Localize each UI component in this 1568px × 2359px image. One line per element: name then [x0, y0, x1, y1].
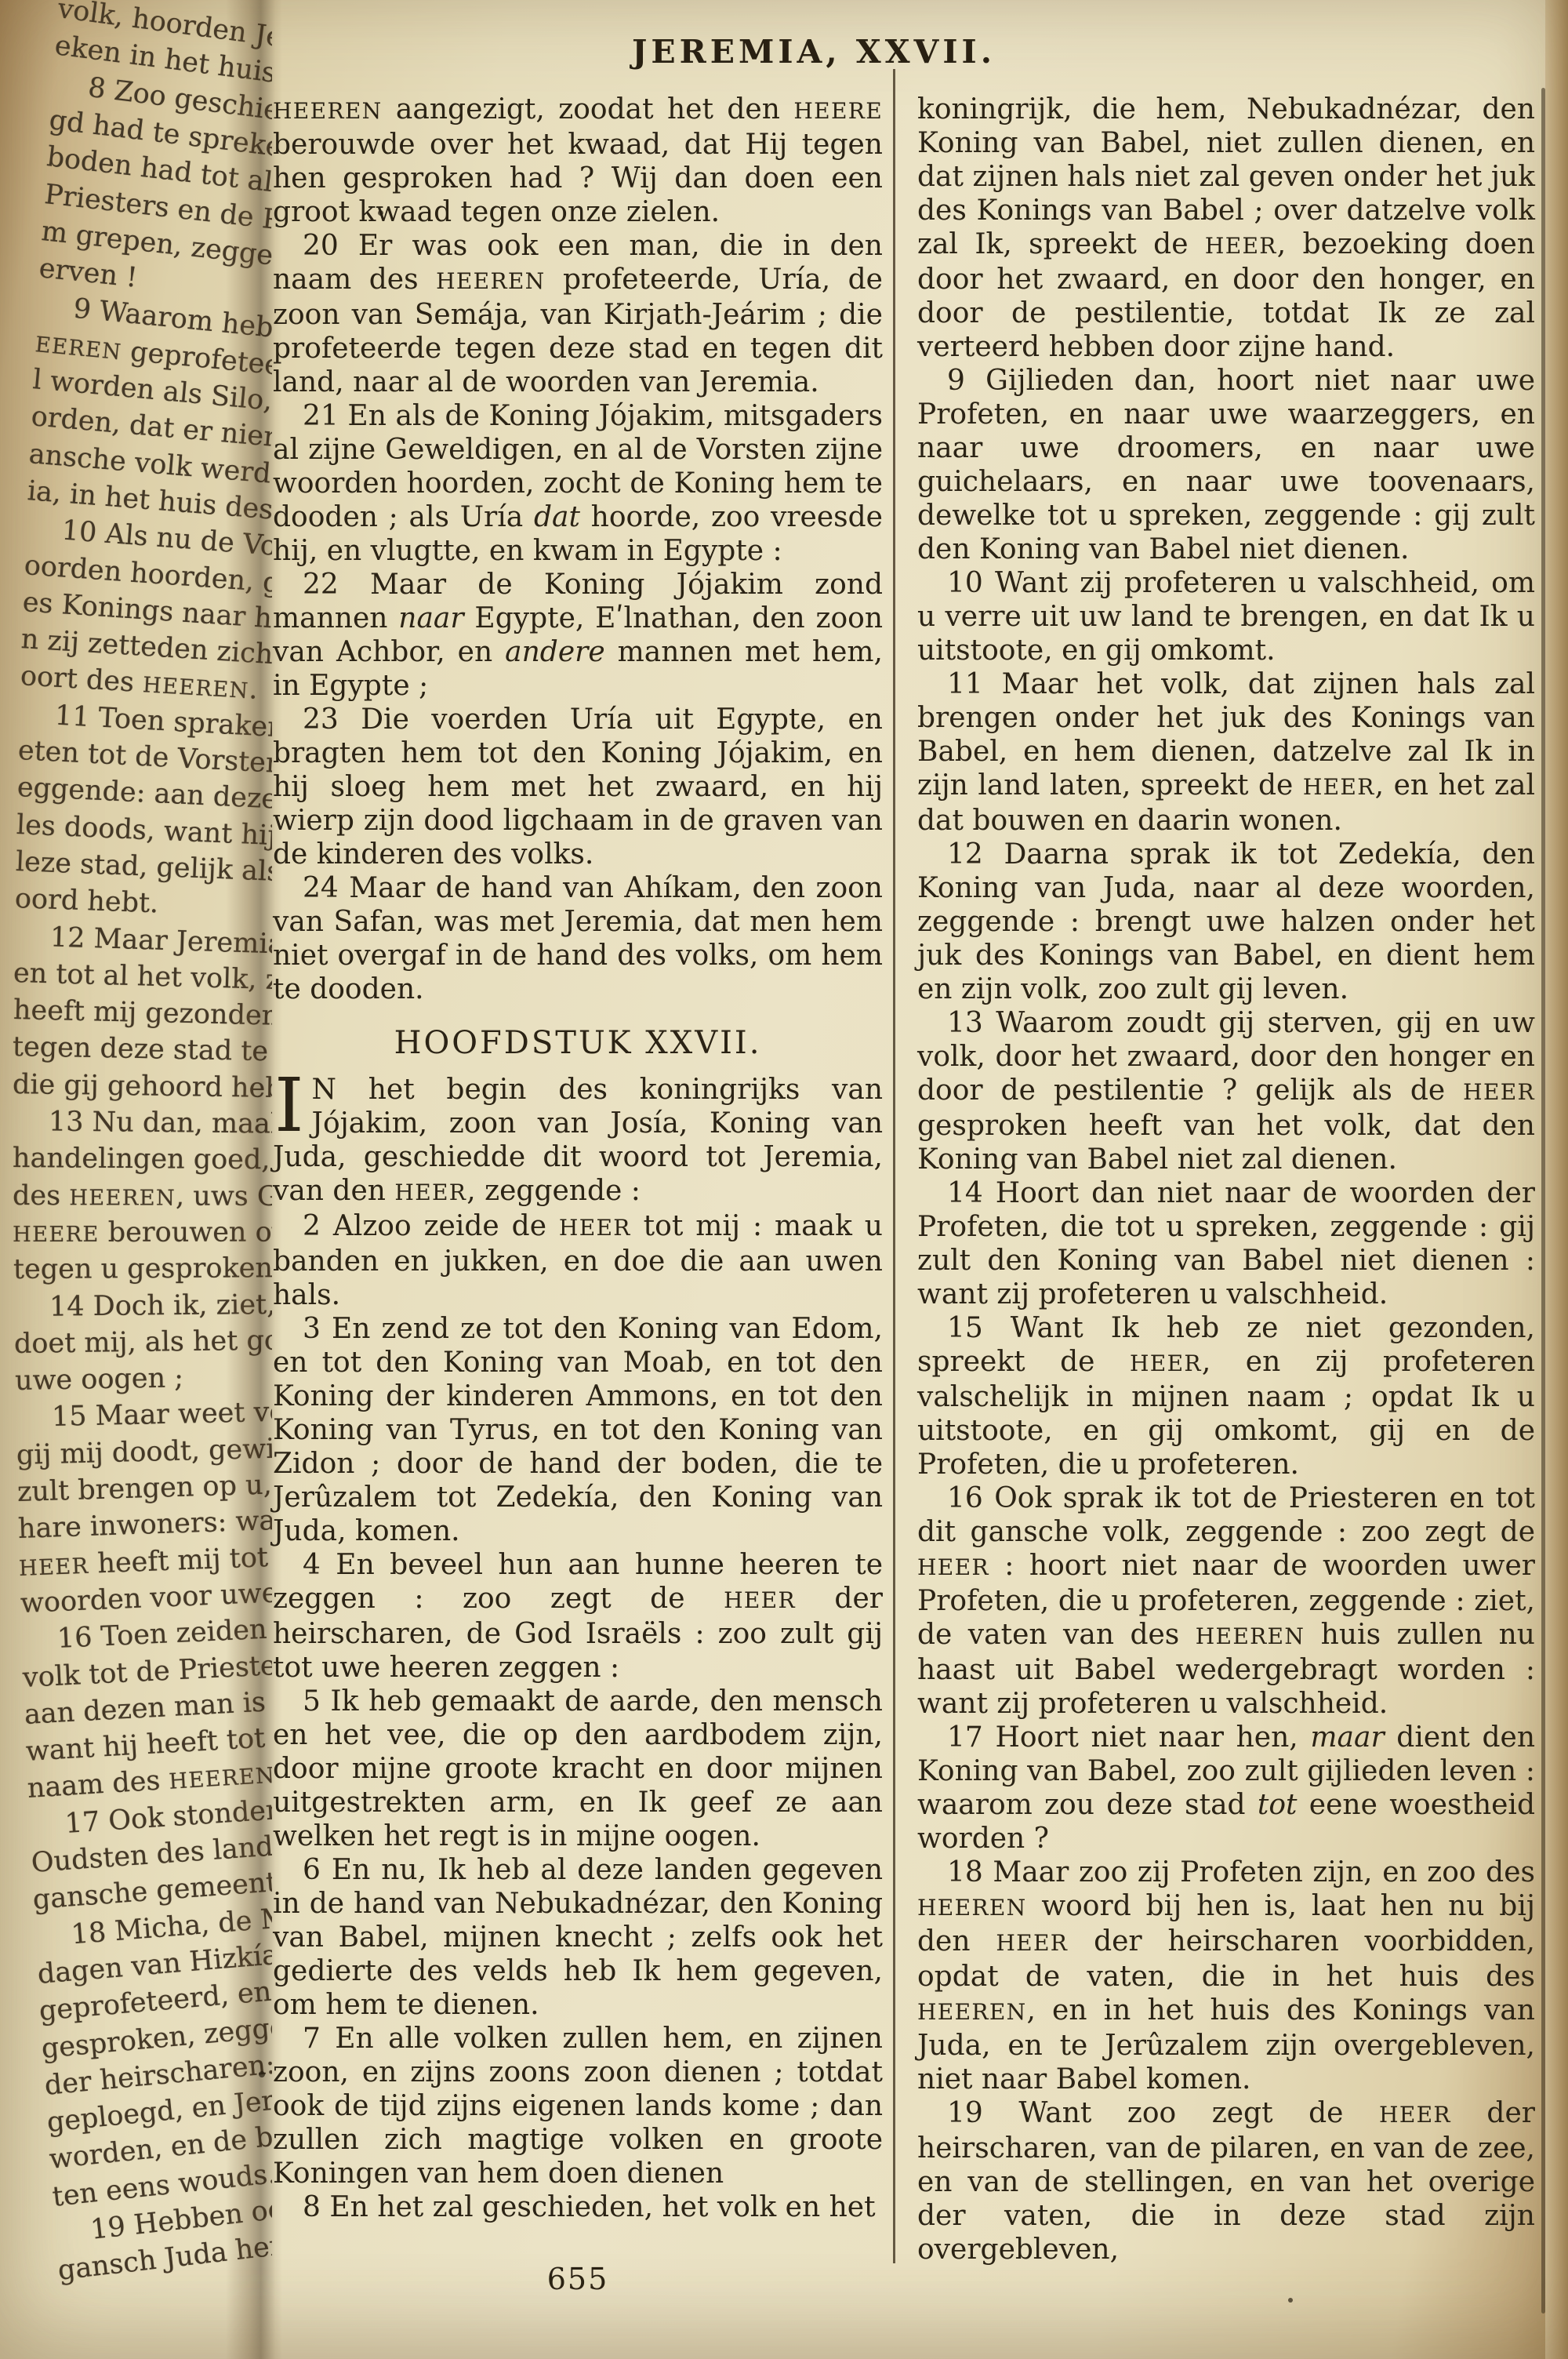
small-caps-divine-name: HEER: [1303, 774, 1375, 800]
small-caps-divine-name: HEEREN: [917, 1895, 1027, 1921]
small-caps-divine-name: HEER: [19, 1554, 90, 1580]
column-divider-rule: [893, 69, 895, 2263]
verse-paragraph: 22 Maar de Koning Jójakim zond mannen na…: [273, 568, 883, 703]
gutter-line: 13 Nu dan, maakt uwe weg: [13, 1103, 272, 1144]
small-caps-divine-name: HEEREN: [436, 268, 546, 294]
page-title: JEREMIA, XXVII.: [632, 33, 996, 71]
verse-paragraph: 12 Daarna sprak ik tot Zedekía, den Koni…: [917, 838, 1535, 1006]
small-caps-divine-name: HEER: [1205, 233, 1277, 259]
previous-page-gutter: volk, hoorden Jeremiaeken in het huis de…: [0, 0, 272, 2359]
verse-paragraph: 18 Maar zoo zij Profeten zijn, en zoo de…: [917, 1856, 1535, 2096]
page-number: 655: [273, 2262, 883, 2296]
verse-paragraph: 17 Hoort niet naar hen, maar dient den K…: [917, 1721, 1535, 1856]
small-caps-divine-name: HEERE: [13, 1223, 100, 1247]
verse-paragraph: 2 Alzoo zeide de HEER tot mij : maak u b…: [273, 1209, 883, 1312]
verse-paragraph: 10 Want zij profeteren u valschheid, om …: [917, 566, 1535, 667]
small-caps-divine-name: HEEREN: [917, 1999, 1027, 2025]
verse-paragraph: 16 Ook sprak ik tot de Priesteren en tot…: [917, 1481, 1535, 1721]
page-header: JEREMIA, XXVII.: [273, 33, 1355, 71]
chapter-opening-paragraph: IN het begin des koningrijks van Jójakim…: [273, 1073, 883, 1209]
verse-paragraph: 13 Waarom zoudt gij sterven, gij en uw v…: [917, 1006, 1535, 1176]
small-caps-divine-name: HEEREN: [1196, 1623, 1305, 1649]
verse-paragraph: 24 Maar de hand van Ahíkam, den zoon van…: [273, 871, 883, 1006]
small-caps-divine-name: HEER: [559, 1215, 631, 1241]
drop-cap: I: [273, 1073, 312, 1135]
ink-speck: [1288, 2298, 1293, 2303]
small-caps-divine-name: HEEREN: [142, 674, 249, 704]
verse-paragraph: 6 En nu, Ik heb al deze landen gegeven i…: [273, 1853, 883, 2022]
continuation-paragraph: HEEREN aangezigt, zoodat het den HEERE b…: [273, 93, 883, 229]
small-caps-divine-name: EEREN: [34, 333, 122, 365]
gutter-line: HEERE berouwen over het kwa: [13, 1214, 272, 1253]
gutter-line: handelingen goed, en gehoorzaa: [13, 1140, 272, 1179]
small-caps-divine-name: HEEREN: [169, 1764, 272, 1794]
verse-paragraph: 20 Er was ook een man, die in den naam d…: [273, 229, 883, 399]
gutter-line: die gij gehoord hebt ;: [13, 1067, 272, 1109]
verse-paragraph: 7 En alle volken zullen hem, en zijnen z…: [273, 2022, 883, 2190]
chapter-heading: HOOFDSTUK XXVII.: [273, 1027, 883, 1060]
gutter-line: doet mij, als het goed, en als he: [14, 1321, 272, 1362]
gutter-line: uwe oogen ;: [14, 1356, 272, 1399]
verse-paragraph: 21 En als de Koning Jójakim, mitsgaders …: [273, 399, 883, 568]
verse-paragraph: 3 En zend ze tot den Koning van Edom, en…: [273, 1312, 883, 1548]
small-caps-divine-name: HEERE: [793, 98, 883, 124]
column-right: koningrijk, die hem, Nebukadnézar, den K…: [917, 93, 1535, 2266]
column-left: HEEREN aangezigt, zoodat het den HEERE b…: [273, 93, 883, 2224]
page-edge-line: [1541, 88, 1545, 2314]
verse-paragraph: 4 En beveel hun aan hunne heeren te zegg…: [273, 1548, 883, 1685]
verse-paragraph: 15 Want Ik heb ze niet gezonden, spreekt…: [917, 1311, 1535, 1481]
small-caps-divine-name: HEER: [917, 1554, 989, 1580]
verse-paragraph: 8 En het zal geschieden, het volk en het: [273, 2190, 883, 2224]
ink-speck: [259, 2071, 265, 2077]
small-caps-divine-name: HEEREN: [273, 98, 383, 124]
ink-speck: [378, 210, 383, 216]
gutter-line: tegen u gesproken heeft.: [13, 1249, 272, 1288]
small-caps-divine-name: HEER: [1463, 1079, 1535, 1105]
continuation-paragraph: koningrijk, die hem, Nebukadnézar, den K…: [917, 93, 1535, 364]
book-page: volk, hoorden Jeremiaeken in het huis de…: [0, 0, 1568, 2359]
small-caps-divine-name: HEER: [724, 1587, 796, 1613]
verse-paragraph: 5 Ik heb gemaakt de aarde, den mensch en…: [273, 1685, 883, 1853]
small-caps-divine-name: HEER: [996, 1930, 1068, 1956]
small-caps-divine-name: HEEREN: [69, 1186, 176, 1210]
gutter-line: 14 Doch ik, ziet, ik ben in uw: [13, 1285, 272, 1325]
verse-paragraph: 11 Maar het volk, dat zijnen hals zal br…: [917, 667, 1535, 838]
verse-paragraph: 23 Die voerden Uría uit Egypte, en bragt…: [273, 703, 883, 871]
gutter-line: des HEEREN, uws Gods; zoo n: [13, 1178, 272, 1217]
small-caps-divine-name: HEER: [1130, 1350, 1202, 1376]
small-caps-divine-name: HEER: [394, 1179, 466, 1205]
verse-paragraph: 19 Want zoo zegt de HEER der heirscharen…: [917, 2096, 1535, 2266]
verse-paragraph: 9 Gijlieden dan, hoort niet naar uwe Pro…: [917, 364, 1535, 566]
verse-paragraph: 14 Hoort dan niet naar de woorden der Pr…: [917, 1176, 1535, 1311]
small-caps-divine-name: HEER: [1379, 2102, 1451, 2128]
page-right-edge: [1545, 0, 1568, 2359]
